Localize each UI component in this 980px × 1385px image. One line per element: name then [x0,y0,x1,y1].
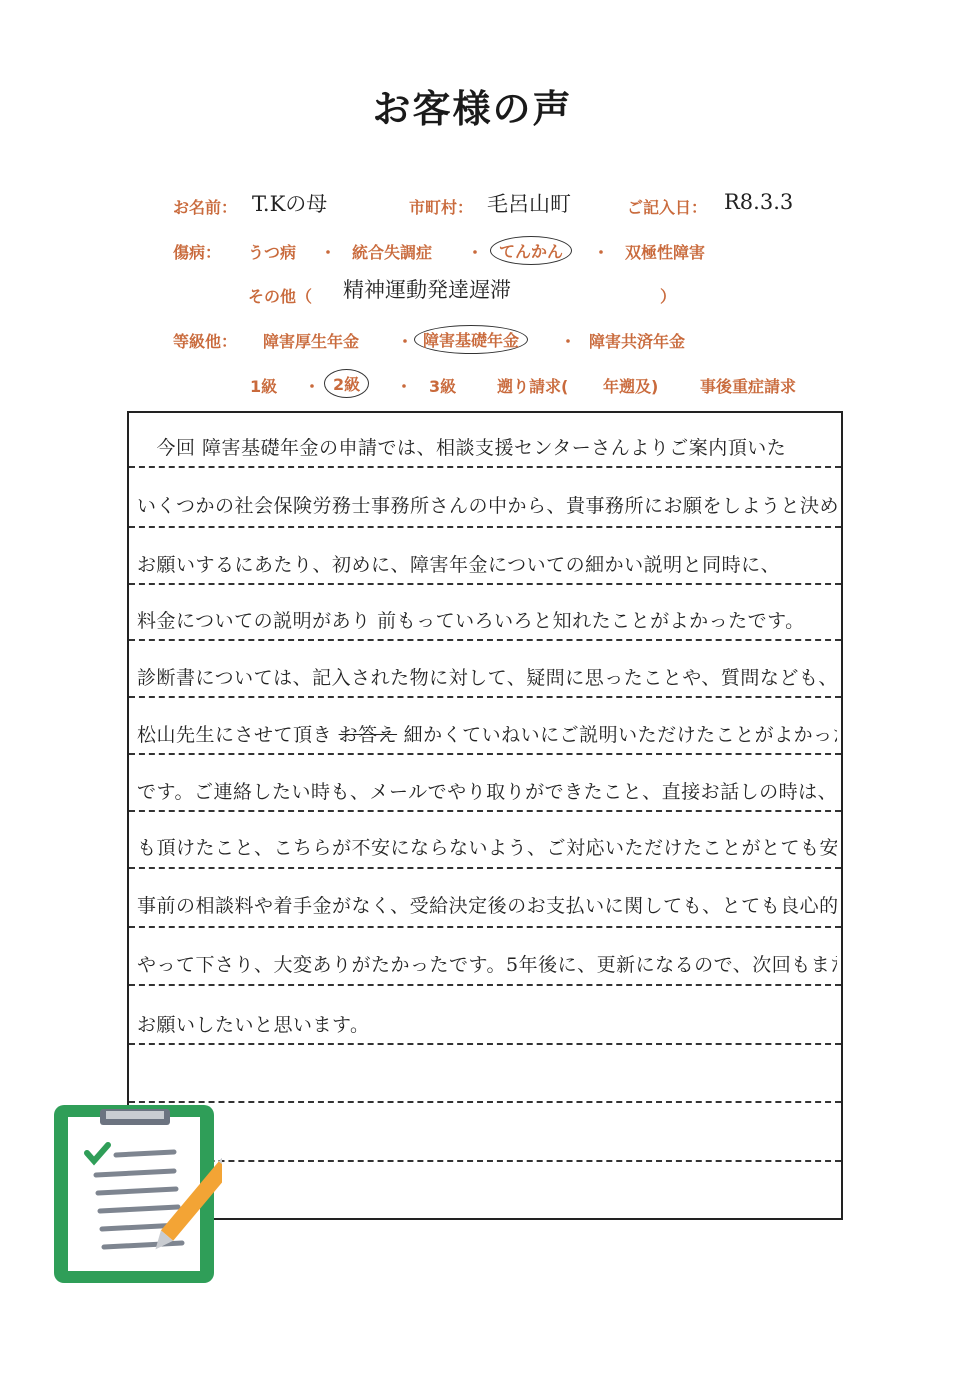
ruled-line [129,696,841,698]
comment-line-3: お願いするにあたり、初めに、障害年金についての細かい説明と同時に、 [137,550,837,577]
comment-line-11: お願いしたいと思います。 [137,1010,837,1037]
name-value[interactable]: T.Kの母 [252,188,327,218]
separator: ・ [397,329,413,352]
retro-claim-label[interactable]: 遡り請求( [497,374,568,397]
separator: ・ [593,240,609,263]
pension-option-kosei[interactable]: 障害厚生年金 [263,329,359,352]
ruled-line [129,926,841,928]
city-label: 市町村： [409,195,473,218]
disease-option-epilepsy-circled[interactable]: てんかん [490,236,572,265]
ruled-line [129,639,841,641]
name-label: お名前： [173,195,237,218]
pension-option-kiso-circled[interactable]: 障害基礎年金 [414,325,528,354]
other-value[interactable]: 精神運動発達遅滞 [343,274,511,304]
ruled-line [129,984,841,986]
ruled-line [129,1160,841,1162]
other-close: ） [660,284,676,307]
disease-label: 傷病： [173,240,221,263]
ruled-line [129,583,841,585]
disease-option-bipolar[interactable]: 双極性障害 [625,240,705,263]
ruled-line [129,526,841,528]
level-option-3[interactable]: 3級 [429,374,456,397]
separator: ・ [560,329,576,352]
comment-box[interactable]: 今回 障害基礎年金の申請では、相談支援センターさんよりご案内頂いた いくつかの社… [127,411,843,1220]
comment-line-6: 松山先生にさせて頂き お答え 細かくていねいにご説明いただけたことがよかった [137,720,837,747]
ruled-line [129,810,841,812]
disease-option-schizophrenia[interactable]: 統合失調症 [352,240,432,263]
comment-line-5: 診断書については、記入された物に対して、疑問に思ったことや、質問なども、 [137,663,837,690]
ruled-line [129,867,841,869]
comment-line-6-start: 松山先生にさせて頂き [137,724,332,746]
grade-label: 等級他： [173,329,237,352]
comment-line-8: も頂けたこと、こちらが不安にならないよう、ご対応いただけたことがとても安心しまし… [137,833,837,860]
city-value[interactable]: 毛呂山町 [487,188,571,218]
ruled-line [129,466,841,468]
separator: ・ [320,240,336,263]
comment-line-2: いくつかの社会保険労務士事務所さんの中から、貴事務所にお願をしようと決めました。 [137,491,837,518]
comment-line-1: 今回 障害基礎年金の申請では、相談支援センターさんよりご案内頂いた [137,433,837,460]
comment-line-10: やって下さり、大変ありがたかったです。5年後に、更新になるので、次回もまた [137,950,837,977]
date-label: ご記入日： [627,195,707,218]
other-label: その他（ [248,284,312,307]
clipboard-icon [52,1097,222,1287]
comment-line-7: です。ご連絡したい時も、メールでやり取りができたこと、直接お話しの時は、お電話 [137,777,837,804]
comment-line-4: 料金についての説明があり 前もっていろいろと知れたことがよかったです。 [137,606,837,633]
post-claim-label[interactable]: 事後重症請求 [700,374,796,397]
comment-line-9: 事前の相談料や着手金がなく、受給決定後のお支払いに関しても、とても良心的に [137,891,837,918]
comment-line-6-rest: 細かくていねいにご説明いただけたことがよかった [404,724,837,746]
struck-text: お答え [339,724,398,746]
separator: ・ [396,374,412,397]
retro-years-label: 年遡及) [603,374,658,397]
pension-option-kyosai[interactable]: 障害共済年金 [589,329,685,352]
date-value[interactable]: R8.3.3 [724,190,793,214]
disease-option-depression[interactable]: うつ病 [248,240,296,263]
ruled-line [129,1101,841,1103]
ruled-line [129,753,841,755]
page-title: お客様の声 [0,78,945,133]
level-option-2-circled[interactable]: 2級 [324,369,369,398]
ruled-line [129,1043,841,1045]
separator: ・ [304,374,320,397]
level-option-1[interactable]: 1級 [250,374,277,397]
separator: ・ [467,240,483,263]
